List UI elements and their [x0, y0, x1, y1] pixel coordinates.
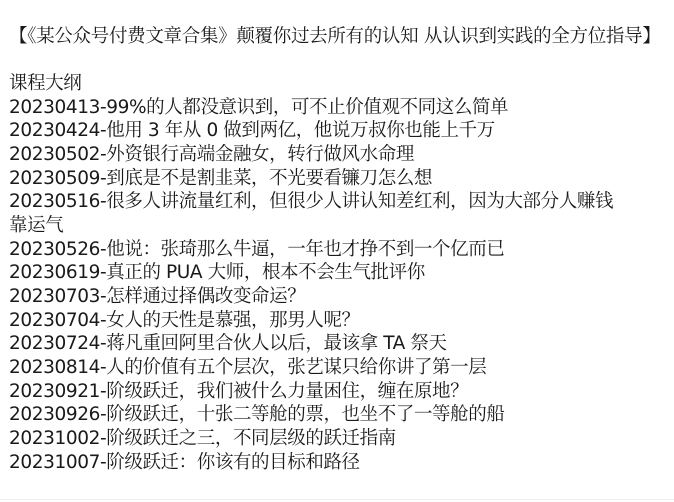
course-outline-list: 20230413-99%的人都没意识到，可不止价值观不同这么简单 2023042… [9, 96, 669, 475]
document-body: 【《某公众号付费文章合集》颠覆你过去所有的认知 从认识到实践的全方位指导】 课程… [9, 24, 669, 474]
list-item: 20230921-阶级跃迁，我们被什么力量困住，缠在原地？ [9, 380, 669, 404]
list-item: 20230509-到底是不是割韭菜，不光要看镰刀怎么想 [9, 167, 669, 191]
list-item: 20230814-人的价值有五个层次，张艺谋只给你讲了第一层 [9, 356, 669, 380]
spacer [9, 50, 669, 72]
list-item: 20230704-女人的天性是慕强，那男人呢？ [9, 309, 669, 333]
list-item: 20230619-真正的 PUA 大师，根本不会生气批评你 [9, 261, 669, 285]
list-item: 20230703-怎样通过择偶改变命运？ [9, 285, 669, 309]
list-item: 20231002-阶级跃迁之三，不同层级的跃迁指南 [9, 427, 669, 451]
list-item: 20230926-阶级跃迁，十张二等舱的票，也坐不了一等舱的船 [9, 403, 669, 427]
list-item: 20230413-99%的人都没意识到，可不止价值观不同这么简单 [9, 96, 669, 120]
list-item: 20230724-蒋凡重回阿里合伙人以后，最该拿 TA 祭天 [9, 332, 669, 356]
list-item-continuation: 靠运气 [9, 214, 669, 238]
section-label-course-outline: 课程大纲 [9, 72, 669, 96]
list-item: 20230516-很多人讲流量红利，但很少人讲认知差红利，因为大部分人赚钱 [9, 190, 669, 214]
list-item: 20231007-阶级跃迁：你该有的目标和路径 [9, 451, 669, 475]
list-item: 20230526-他说：张琦那么牛逼，一年也才挣不到一个亿而已 [9, 238, 669, 262]
list-item: 20230502-外资银行高端金融女，转行做风水命理 [9, 143, 669, 167]
list-item: 20230424-他用 3 年从 0 做到两亿，他说万叔你也能上千万 [9, 119, 669, 143]
document-title: 【《某公众号付费文章合集》颠覆你过去所有的认知 从认识到实践的全方位指导】 [9, 24, 669, 50]
divider [0, 499, 674, 500]
